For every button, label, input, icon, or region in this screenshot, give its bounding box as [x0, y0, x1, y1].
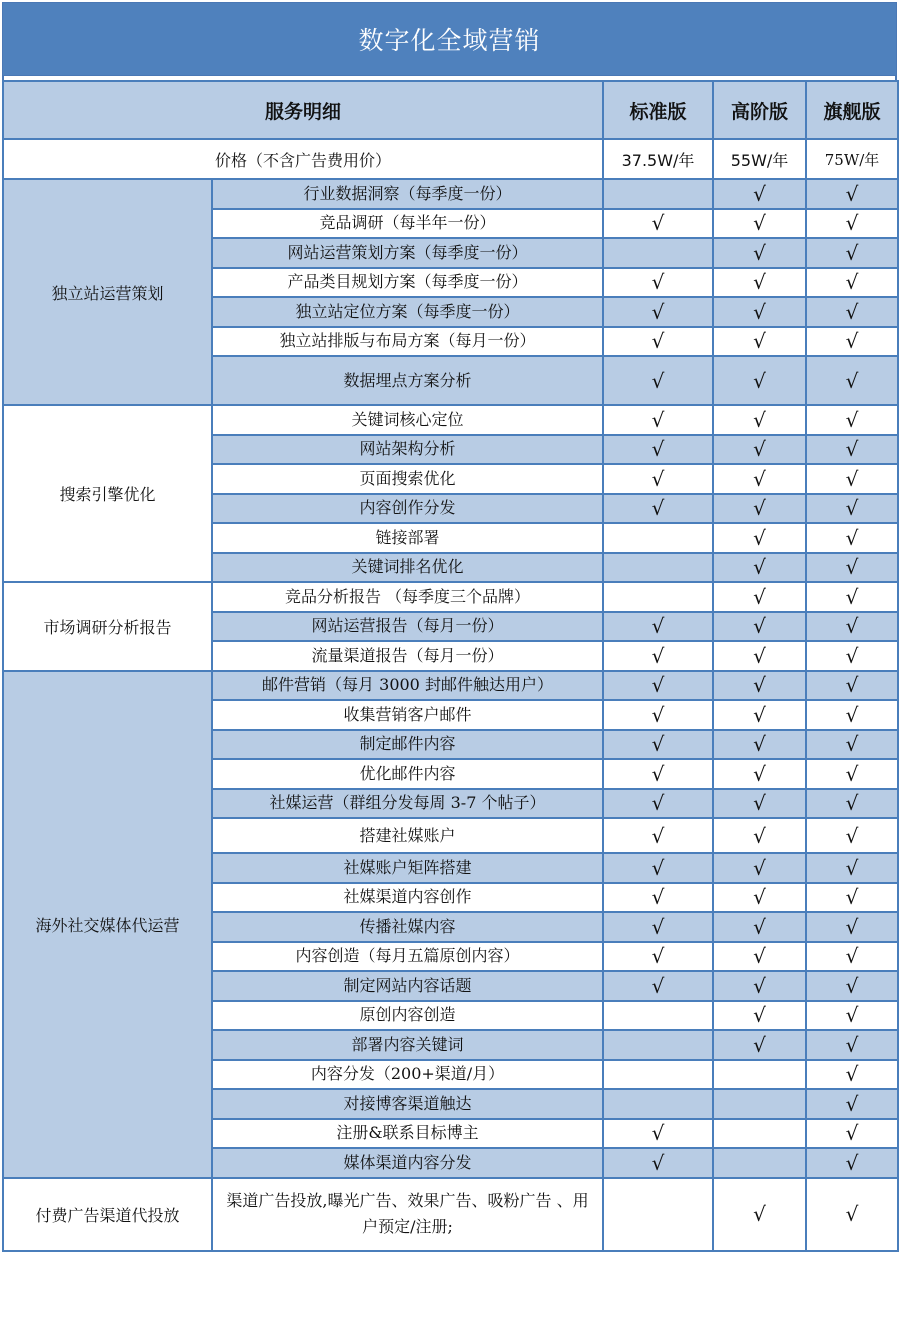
check-advanced: √	[713, 853, 806, 883]
check-standard: √	[603, 789, 713, 819]
service-item-name: 竞品调研（每半年一份）	[212, 209, 603, 239]
check-standard-empty	[603, 179, 713, 209]
check-standard: √	[603, 730, 713, 760]
check-flagship: √	[806, 912, 898, 942]
check-flagship: √	[806, 700, 898, 730]
check-advanced: √	[713, 1001, 806, 1031]
check-advanced: √	[713, 912, 806, 942]
price-advanced: 55W/年	[713, 139, 806, 179]
check-standard: √	[603, 268, 713, 298]
price-flagship: 75W/年	[806, 139, 898, 179]
category-cell: 独立站运营策划	[3, 179, 212, 405]
check-advanced: √	[713, 553, 806, 583]
check-flagship: √	[806, 612, 898, 642]
pricing-sheet: 数字化全域营销 服务明细 标准版 高阶版 旗舰版 价格（不含广告费用价） 37.…	[2, 2, 897, 1252]
check-flagship: √	[806, 327, 898, 357]
service-item-name: 独立站排版与布局方案（每月一份）	[212, 327, 603, 357]
service-item-name: 内容分发（200+渠道/月）	[212, 1060, 603, 1090]
check-standard-empty	[603, 1178, 713, 1251]
check-flagship: √	[806, 582, 898, 612]
plan-header-standard: 标准版	[603, 81, 713, 139]
service-item-name: 页面搜索优化	[212, 464, 603, 494]
check-advanced: √	[713, 179, 806, 209]
service-item-name: 注册&联系目标博主	[212, 1119, 603, 1149]
check-advanced: √	[713, 268, 806, 298]
check-advanced: √	[713, 612, 806, 642]
check-standard: √	[603, 464, 713, 494]
service-item-name: 关键词核心定位	[212, 405, 603, 435]
check-advanced: √	[713, 435, 806, 465]
service-item-name: 网站运营策划方案（每季度一份）	[212, 238, 603, 268]
check-flagship: √	[806, 435, 898, 465]
check-advanced: √	[713, 789, 806, 819]
check-flagship: √	[806, 553, 898, 583]
price-standard: 37.5W/年	[603, 139, 713, 179]
plan-header-flagship: 旗舰版	[806, 81, 898, 139]
table-row: 独立站运营策划行业数据洞察（每季度一份）√√	[3, 179, 898, 209]
service-comparison-table: 服务明细 标准版 高阶版 旗舰版 价格（不含广告费用价） 37.5W/年 55W…	[2, 80, 899, 1252]
service-item-name: 社媒渠道内容创作	[212, 883, 603, 913]
check-standard: √	[603, 759, 713, 789]
header-row: 服务明细 标准版 高阶版 旗舰版	[3, 81, 898, 139]
service-item-name: 竞品分析报告 （每季度三个品牌）	[212, 582, 603, 612]
check-flagship: √	[806, 238, 898, 268]
check-advanced: √	[713, 297, 806, 327]
service-item-name: 原创内容创造	[212, 1001, 603, 1031]
check-standard: √	[603, 971, 713, 1001]
check-flagship: √	[806, 671, 898, 701]
check-advanced: √	[713, 942, 806, 972]
category-cell: 搜索引擎优化	[3, 405, 212, 582]
check-standard: √	[603, 700, 713, 730]
check-standard-empty	[603, 1001, 713, 1031]
check-advanced-empty	[713, 1060, 806, 1090]
table-row: 海外社交媒体代运营邮件营销（每月 3000 封邮件触达用户）√√√	[3, 671, 898, 701]
check-standard: √	[603, 671, 713, 701]
check-advanced: √	[713, 405, 806, 435]
check-flagship: √	[806, 179, 898, 209]
service-item-name: 产品类目规划方案（每季度一份）	[212, 268, 603, 298]
category-cell: 付费广告渠道代投放	[3, 1178, 212, 1251]
plan-header-advanced: 高阶版	[713, 81, 806, 139]
service-item-name: 内容创作分发	[212, 494, 603, 524]
check-flagship: √	[806, 1119, 898, 1149]
check-standard-empty	[603, 582, 713, 612]
check-advanced: √	[713, 238, 806, 268]
service-item-name: 社媒运营（群组分发每周 3-7 个帖子）	[212, 789, 603, 819]
check-advanced: √	[713, 883, 806, 913]
check-standard: √	[603, 435, 713, 465]
check-flagship: √	[806, 1001, 898, 1031]
check-flagship: √	[806, 1060, 898, 1090]
check-standard-empty	[603, 238, 713, 268]
service-item-name: 社媒账户矩阵搭建	[212, 853, 603, 883]
check-advanced: √	[713, 971, 806, 1001]
check-advanced: √	[713, 209, 806, 239]
check-advanced-empty	[713, 1119, 806, 1149]
service-item-name: 制定网站内容话题	[212, 971, 603, 1001]
check-standard: √	[603, 405, 713, 435]
check-standard-empty	[603, 553, 713, 583]
check-advanced-empty	[713, 1089, 806, 1119]
table-row: 付费广告渠道代投放渠道广告投放,曝光广告、效果广告、吸粉广告 、用户预定/注册;…	[3, 1178, 898, 1251]
table-row: 搜索引擎优化关键词核心定位√√√	[3, 405, 898, 435]
check-flagship: √	[806, 853, 898, 883]
service-item-name: 收集营销客户邮件	[212, 700, 603, 730]
check-standard: √	[603, 297, 713, 327]
check-flagship: √	[806, 789, 898, 819]
check-flagship: √	[806, 297, 898, 327]
service-item-name: 传播社媒内容	[212, 912, 603, 942]
check-flagship: √	[806, 971, 898, 1001]
check-flagship: √	[806, 641, 898, 671]
category-cell: 海外社交媒体代运营	[3, 671, 212, 1178]
check-flagship: √	[806, 464, 898, 494]
check-standard: √	[603, 1119, 713, 1149]
check-flagship: √	[806, 759, 898, 789]
service-item-name: 搭建社媒账户	[212, 818, 603, 853]
check-standard: √	[603, 641, 713, 671]
check-standard-empty	[603, 1089, 713, 1119]
service-item-name: 行业数据洞察（每季度一份）	[212, 179, 603, 209]
check-advanced: √	[713, 1030, 806, 1060]
check-flagship: √	[806, 730, 898, 760]
check-standard: √	[603, 494, 713, 524]
check-standard: √	[603, 356, 713, 405]
service-item-name: 媒体渠道内容分发	[212, 1148, 603, 1178]
service-item-name: 链接部署	[212, 523, 603, 553]
service-item-name: 网站运营报告（每月一份）	[212, 612, 603, 642]
check-advanced: √	[713, 582, 806, 612]
check-flagship: √	[806, 818, 898, 853]
check-standard: √	[603, 612, 713, 642]
check-standard: √	[603, 327, 713, 357]
check-flagship: √	[806, 942, 898, 972]
check-advanced: √	[713, 818, 806, 853]
table-row: 市场调研分析报告竞品分析报告 （每季度三个品牌）√√	[3, 582, 898, 612]
check-flagship: √	[806, 405, 898, 435]
check-flagship: √	[806, 523, 898, 553]
check-advanced: √	[713, 671, 806, 701]
check-standard: √	[603, 942, 713, 972]
check-standard: √	[603, 818, 713, 853]
check-advanced-empty	[713, 1148, 806, 1178]
service-item-name: 独立站定位方案（每季度一份）	[212, 297, 603, 327]
check-flagship: √	[806, 883, 898, 913]
category-cell: 市场调研分析报告	[3, 582, 212, 671]
service-item-name: 对接博客渠道触达	[212, 1089, 603, 1119]
check-standard-empty	[603, 523, 713, 553]
service-item-name: 内容创造（每月五篇原创内容）	[212, 942, 603, 972]
page-title: 数字化全域营销	[2, 2, 897, 76]
check-standard-empty	[603, 1030, 713, 1060]
service-item-name: 数据埋点方案分析	[212, 356, 603, 405]
check-advanced: √	[713, 759, 806, 789]
check-advanced: √	[713, 730, 806, 760]
check-advanced: √	[713, 327, 806, 357]
price-label: 价格（不含广告费用价）	[3, 139, 603, 179]
price-row: 价格（不含广告费用价） 37.5W/年 55W/年 75W/年	[3, 139, 898, 179]
check-advanced: √	[713, 523, 806, 553]
service-detail-header: 服务明细	[3, 81, 603, 139]
service-item-name: 部署内容关键词	[212, 1030, 603, 1060]
check-flagship: √	[806, 1148, 898, 1178]
check-flagship: √	[806, 494, 898, 524]
check-advanced: √	[713, 641, 806, 671]
check-advanced: √	[713, 494, 806, 524]
check-standard: √	[603, 209, 713, 239]
check-advanced: √	[713, 1178, 806, 1251]
check-flagship: √	[806, 1030, 898, 1060]
check-flagship: √	[806, 1089, 898, 1119]
service-item-name: 邮件营销（每月 3000 封邮件触达用户）	[212, 671, 603, 701]
service-item-name: 网站架构分析	[212, 435, 603, 465]
service-item-name: 制定邮件内容	[212, 730, 603, 760]
service-item-name: 优化邮件内容	[212, 759, 603, 789]
check-standard: √	[603, 883, 713, 913]
check-standard: √	[603, 853, 713, 883]
service-item-name: 流量渠道报告（每月一份）	[212, 641, 603, 671]
service-item-name: 关键词排名优化	[212, 553, 603, 583]
check-flagship: √	[806, 1178, 898, 1251]
check-flagship: √	[806, 268, 898, 298]
check-advanced: √	[713, 700, 806, 730]
check-flagship: √	[806, 209, 898, 239]
check-advanced: √	[713, 356, 806, 405]
check-flagship: √	[806, 356, 898, 405]
check-standard-empty	[603, 1060, 713, 1090]
check-standard: √	[603, 912, 713, 942]
check-standard: √	[603, 1148, 713, 1178]
service-item-name: 渠道广告投放,曝光广告、效果广告、吸粉广告 、用户预定/注册;	[212, 1178, 603, 1251]
check-advanced: √	[713, 464, 806, 494]
